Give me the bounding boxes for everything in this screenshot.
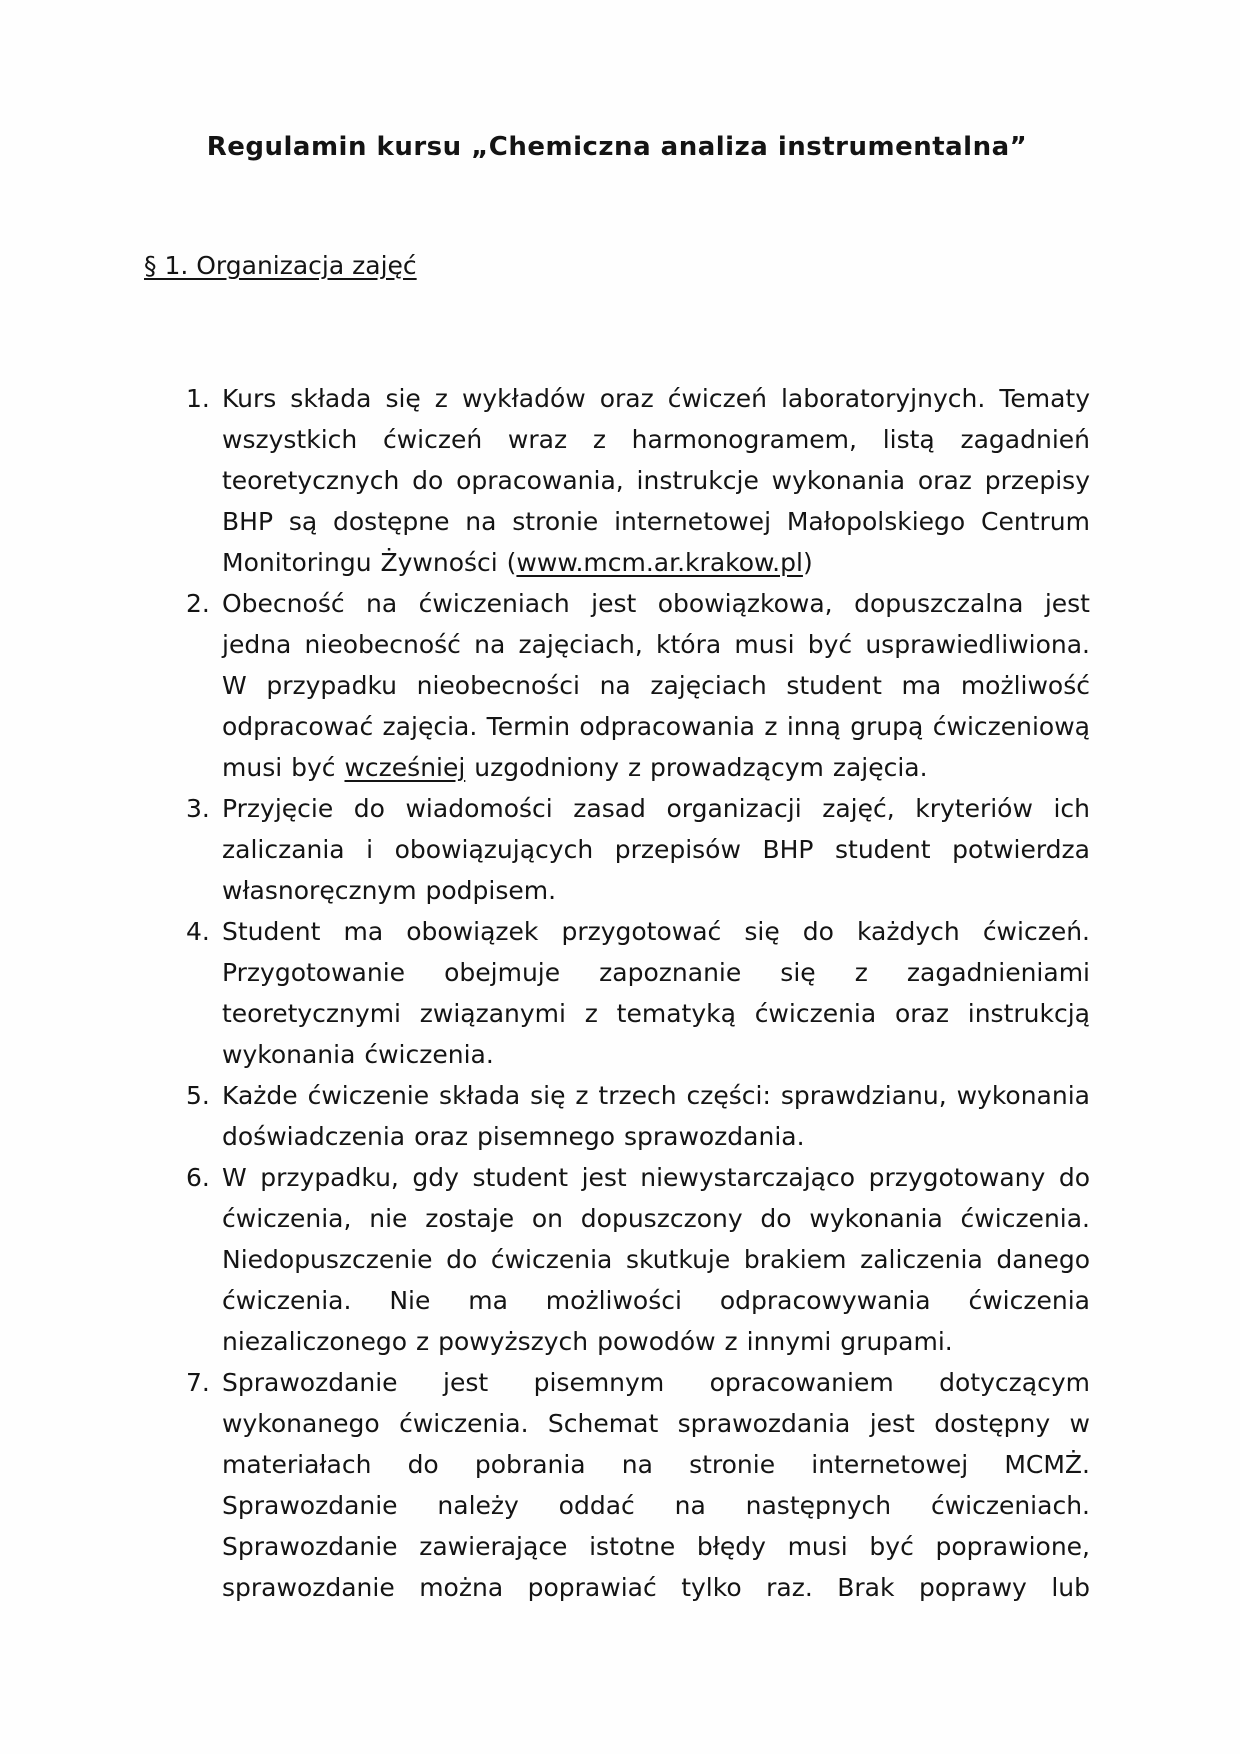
item-number: 4. xyxy=(186,911,210,952)
text-segment: W przypadku, gdy student jest niewystarc… xyxy=(222,1163,1090,1356)
item-text: Kurs składa się z wykładów oraz ćwiczeń … xyxy=(222,384,1090,577)
rules-list: 1.Kurs składa się z wykładów oraz ćwicze… xyxy=(186,378,1090,1608)
list-item-1: 1.Kurs składa się z wykładów oraz ćwicze… xyxy=(186,378,1090,583)
item-text: Student ma obowiązek przygotować się do … xyxy=(222,917,1090,1069)
underlined-word: wcześniej xyxy=(344,753,465,782)
item-text: Obecność na ćwiczeniach jest obowiązkowa… xyxy=(222,589,1090,782)
item-number: 1. xyxy=(186,378,210,419)
text-segment: uzgodniony z prowadzącym zajęcia. xyxy=(465,753,927,782)
item-number: 2. xyxy=(186,583,210,624)
item-text: Przyjęcie do wiadomości zasad organizacj… xyxy=(222,794,1090,905)
item-text: Sprawozdanie jest pisemnym opracowaniem … xyxy=(222,1368,1090,1602)
item-number: 7. xyxy=(186,1362,210,1403)
item-text: Każde ćwiczenie składa się z trzech częś… xyxy=(222,1081,1090,1151)
item-number: 6. xyxy=(186,1157,210,1198)
item-text: W przypadku, gdy student jest niewystarc… xyxy=(222,1163,1090,1356)
list-item-7: 7.Sprawozdanie jest pisemnym opracowanie… xyxy=(186,1362,1090,1608)
text-segment: Przyjęcie do wiadomości zasad organizacj… xyxy=(222,794,1090,905)
document-title: Regulamin kursu „Chemiczna analiza instr… xyxy=(144,0,1090,163)
item-number: 3. xyxy=(186,788,210,829)
list-item-6: 6.W przypadku, gdy student jest niewysta… xyxy=(186,1157,1090,1362)
website-link[interactable]: www.mcm.ar.krakow.pl xyxy=(516,548,803,577)
list-item-2: 2.Obecność na ćwiczeniach jest obowiązko… xyxy=(186,583,1090,788)
list-item-4: 4.Student ma obowiązek przygotować się d… xyxy=(186,911,1090,1075)
list-item-5: 5.Każde ćwiczenie składa się z trzech cz… xyxy=(186,1075,1090,1157)
text-segment: Student ma obowiązek przygotować się do … xyxy=(222,917,1090,1069)
item-number: 5. xyxy=(186,1075,210,1116)
document-page: Regulamin kursu „Chemiczna analiza instr… xyxy=(0,0,1240,1754)
section-heading: § 1. Organizacja zajęć xyxy=(144,250,1240,281)
text-segment: Każde ćwiczenie składa się z trzech częś… xyxy=(222,1081,1090,1151)
text-segment: ) xyxy=(803,548,813,577)
text-segment: Sprawozdanie jest pisemnym opracowaniem … xyxy=(222,1368,1090,1602)
list-item-3: 3.Przyjęcie do wiadomości zasad organiza… xyxy=(186,788,1090,911)
